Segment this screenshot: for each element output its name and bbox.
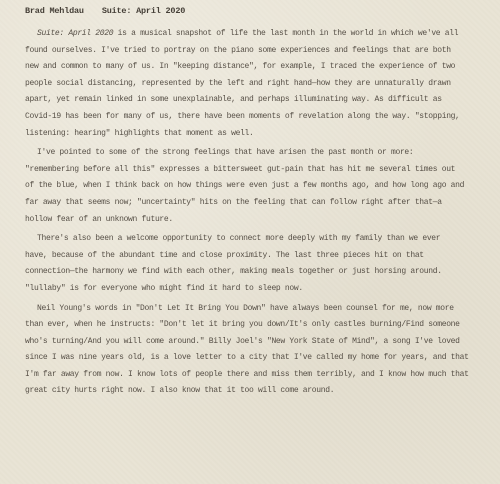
liner-line: found ourselves. I've tried to portray o… bbox=[25, 43, 487, 60]
liner-line: than ever, when he instructs: "Don't let… bbox=[25, 317, 487, 334]
liner-line: people social distancing, represented by… bbox=[25, 76, 487, 93]
liner-line: far away that seems now; "uncertainty" h… bbox=[25, 195, 487, 212]
liner-line: "remembering before all this" expresses … bbox=[25, 162, 487, 179]
liner-line: listening: hearing" highlights that mome… bbox=[25, 126, 487, 143]
liner-line: new and common to many of us. In "keepin… bbox=[25, 59, 487, 76]
liner-line: great city hurts right now. I also know … bbox=[25, 383, 487, 400]
liner-line: Suite: April 2020 is a musical snapshot … bbox=[25, 26, 487, 43]
liner-line: "lullaby" is for everyone who might find… bbox=[25, 281, 487, 298]
liner-line: have, because of the abundant time and c… bbox=[25, 248, 487, 265]
paragraph: Neil Young's words in "Don't Let It Brin… bbox=[25, 301, 487, 401]
liner-line: who's turning/And you will come around."… bbox=[25, 334, 487, 351]
liner-notes-body: Suite: April 2020 is a musical snapshot … bbox=[25, 26, 487, 400]
paragraph: There's also been a welcome opportunity … bbox=[25, 231, 487, 297]
liner-line: Covid-19 has been for many of us, there … bbox=[25, 109, 487, 126]
liner-line: since I was nine years old, is a love le… bbox=[25, 350, 487, 367]
artist-name: Brad Mehldau bbox=[25, 6, 84, 16]
liner-notes-page: Brad MehldauSuite: April 2020 Suite: Apr… bbox=[0, 0, 500, 484]
liner-line: I've pointed to some of the strong feeli… bbox=[25, 145, 487, 162]
liner-line: hollow fear of an unknown future. bbox=[25, 212, 487, 229]
page-header: Brad MehldauSuite: April 2020 bbox=[25, 6, 185, 16]
liner-line: Neil Young's words in "Don't Let It Brin… bbox=[25, 301, 487, 318]
liner-line: I'm far away from now. I know lots of pe… bbox=[25, 367, 487, 384]
paragraph: I've pointed to some of the strong feeli… bbox=[25, 145, 487, 228]
liner-line: apart, yet remain linked in some unexpla… bbox=[25, 92, 487, 109]
liner-line: connection—the harmony we find with each… bbox=[25, 264, 487, 281]
album-title: Suite: April 2020 bbox=[102, 6, 185, 16]
liner-line: There's also been a welcome opportunity … bbox=[25, 231, 487, 248]
paragraph: Suite: April 2020 is a musical snapshot … bbox=[25, 26, 487, 142]
suite-title-italic: Suite: April 2020 bbox=[37, 29, 113, 38]
liner-line: of the blue, when I think back on how th… bbox=[25, 178, 487, 195]
